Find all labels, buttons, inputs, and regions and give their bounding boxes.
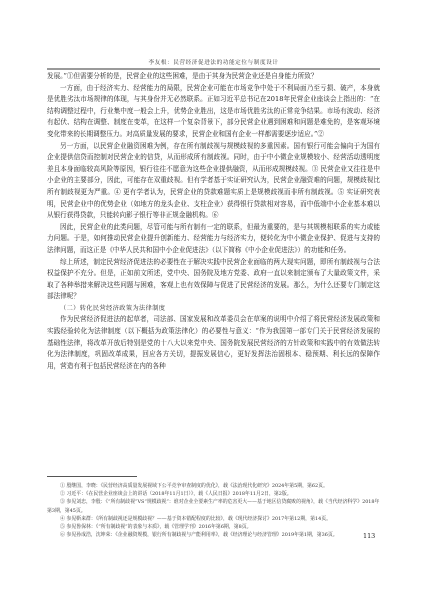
footnote-rule (47, 476, 137, 477)
section-heading: （二）转化民营经济政策为法律制度 (47, 303, 380, 315)
paragraph: 综上所述，制定民营经济促进法的必要性在于解决实践中民营企业面临的两大现实问题，即… (47, 257, 380, 303)
paragraph: 因此，民营企业的此类问题，尽管可能与所有制有一定的联系，但最为重要的，是与其规模… (47, 222, 380, 257)
footnote: ⑤ 参见鲁保林：《“所有制歧视”的表象与本质》，载《管理学刊》2016年第6期，… (47, 523, 380, 531)
footnote: ⑥ 参见孙成浩，沈坤荣：《企业融资规模，银行所有制歧视与产能利用率》，载《经济理… (47, 531, 380, 539)
running-head: 李友根：民营经济促进法的功能定位与制度设计 (0, 58, 427, 66)
header-rule (47, 68, 380, 70)
footnotes: ① 殷继国，李晓：《民营经济高质量发展视域下公平竞争审查制度的优化》，载《法治现… (47, 482, 380, 539)
paragraph: 发展。”①但需要分析的是，民营企业的这些困难，是由于其身为民营企业还是自身能力所… (47, 71, 380, 83)
footnote: ② 习近平：《在民营企业座谈会上的讲话（2018年11月1日）》，载《人民日报》… (47, 490, 380, 498)
page-number: 113 (363, 532, 375, 540)
paragraph: 另一方面，以民营企业融资困难为例，存在所有制歧视与规模歧视的多重因素。国有银行可… (47, 141, 380, 222)
footnote: ① 殷继国，李晓：《民营经济高质量发展视域下公平竞争审查制度的优化》，载《法治现… (47, 482, 380, 490)
footnote: ③ 参见刘忠，李殷：《“所有制歧视”VS“规模歧视”：谁对企业全要素生产率的危害… (47, 498, 380, 514)
paragraph: 一方面，由于经济实力、经营能力的局限，民营企业可能在市场竞争中处于不利局面乃至亏… (47, 83, 380, 141)
body-text: 发展。”①但需要分析的是，民营企业的这些困难，是由于其身为民营企业还是自身能力所… (47, 71, 380, 372)
paragraph: 作为民营经济促进法的起草者，司法部、国家发展和改革委员会在草案的说明中介绍了将民… (47, 314, 380, 372)
footnote: ④ 参见靳来群：《所有制歧视还是规模歧视？——基于资本错配程度的比较》，载《现代… (47, 515, 380, 523)
